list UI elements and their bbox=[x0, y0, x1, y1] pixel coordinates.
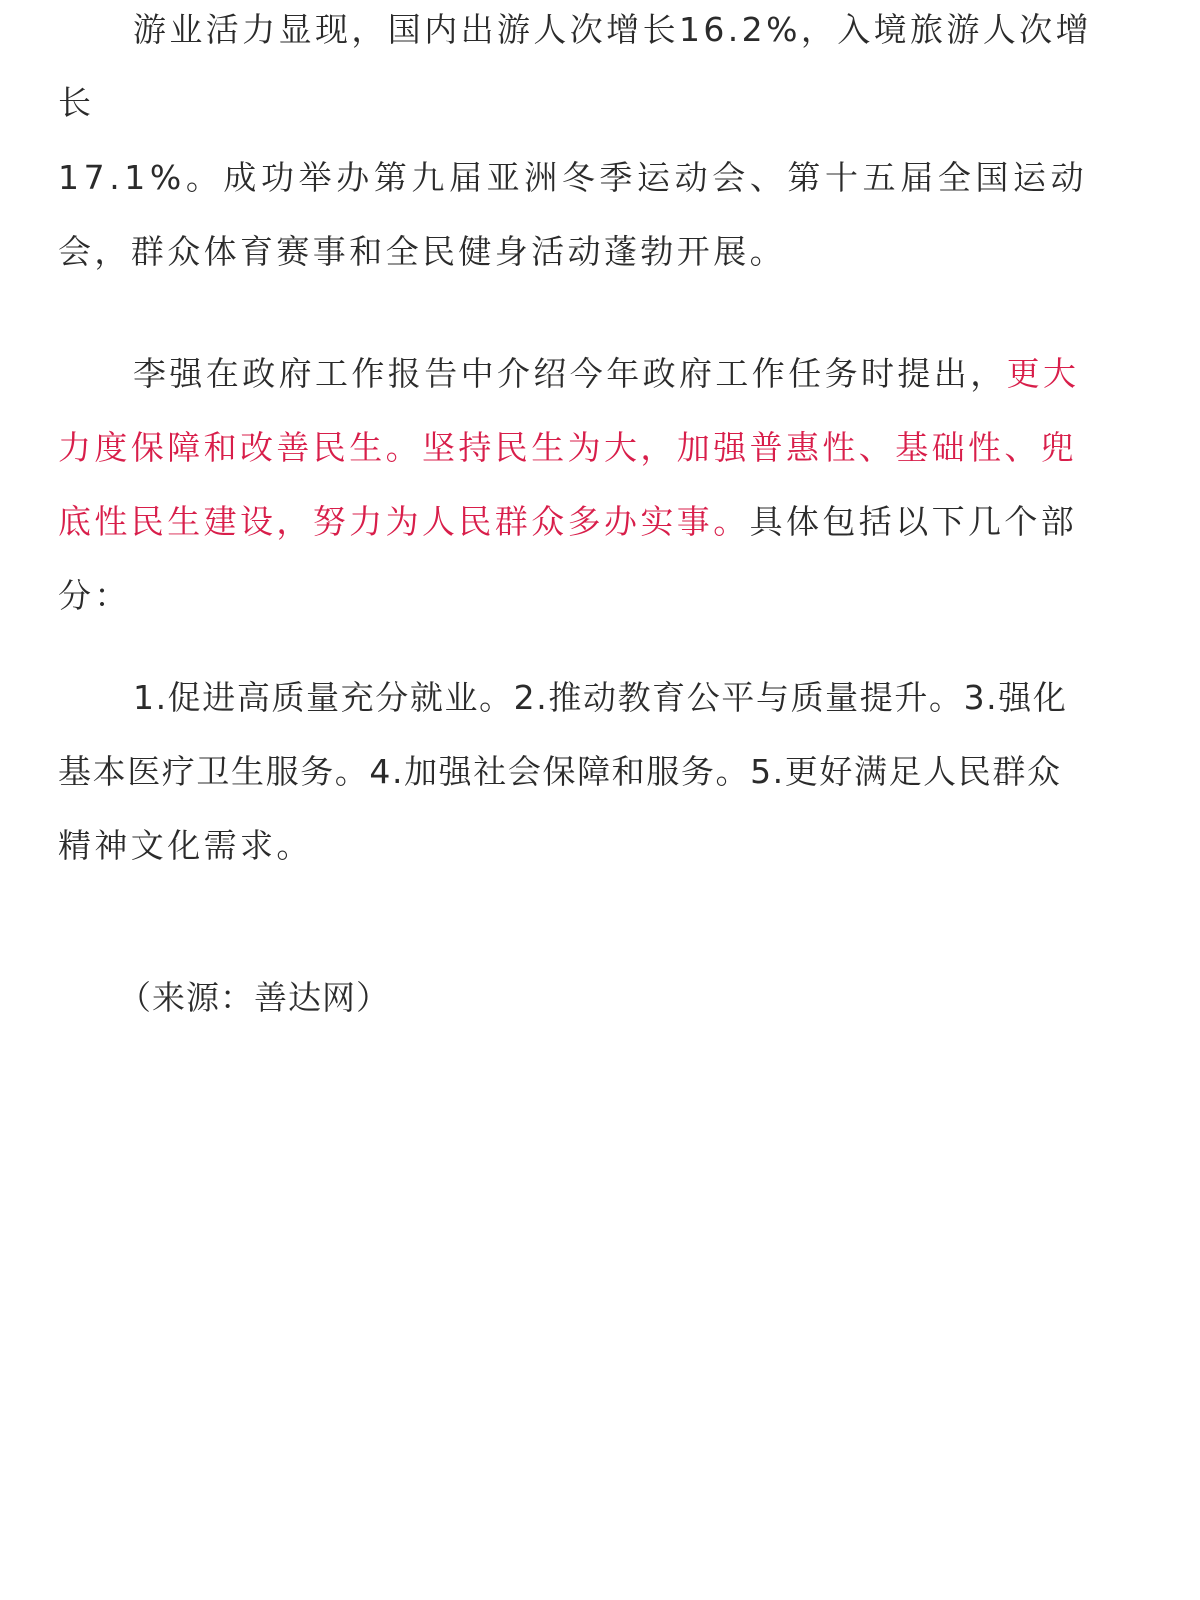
paragraph-2-line-2-highlight: 力度保障和改善民生。坚持民生为大，加强普惠性、基础性、兜 bbox=[58, 418, 1077, 478]
highlight-text: 底性民生建设，努力为人民群众多办实事。 bbox=[58, 502, 750, 541]
paragraph-1-line-2: 长 bbox=[58, 73, 94, 133]
paragraph-1-line-3: 17.1%。成功举办第九届亚洲冬季运动会、第十五届全国运动 bbox=[58, 148, 1088, 208]
paragraph-3-line-2: 基本医疗卫生服务。4.加强社会保障和服务。5.更好满足人民群众 bbox=[58, 742, 1062, 802]
paragraph-2-line-3: 底性民生建设，努力为人民群众多办实事。具体包括以下几个部 bbox=[58, 492, 1077, 552]
source-attribution: （来源：善达网） bbox=[118, 968, 390, 1028]
paragraph-3-line-3: 精神文化需求。 bbox=[58, 816, 313, 876]
paragraph-3-line-1: 1.促进高质量充分就业。2.推动教育公平与质量提升。3.强化 bbox=[133, 668, 1067, 728]
paragraph-2-line-3-text: 具体包括以下几个部 bbox=[750, 502, 1078, 541]
paragraph-2-line-1: 李强在政府工作报告中介绍今年政府工作任务时提出，更大 bbox=[133, 344, 1079, 404]
paragraph-2-line-1-text: 李强在政府工作报告中介绍今年政府工作任务时提出， bbox=[133, 354, 1007, 393]
highlight-text: 更大 bbox=[1007, 354, 1080, 393]
paragraph-2-line-4: 分： bbox=[58, 566, 131, 626]
paragraph-1-line-4: 会，群众体育赛事和全民健身活动蓬勃开展。 bbox=[58, 222, 786, 282]
paragraph-1-line-1: 游业活力显现，国内出游人次增长16.2%，入境旅游人次增 bbox=[133, 0, 1092, 60]
